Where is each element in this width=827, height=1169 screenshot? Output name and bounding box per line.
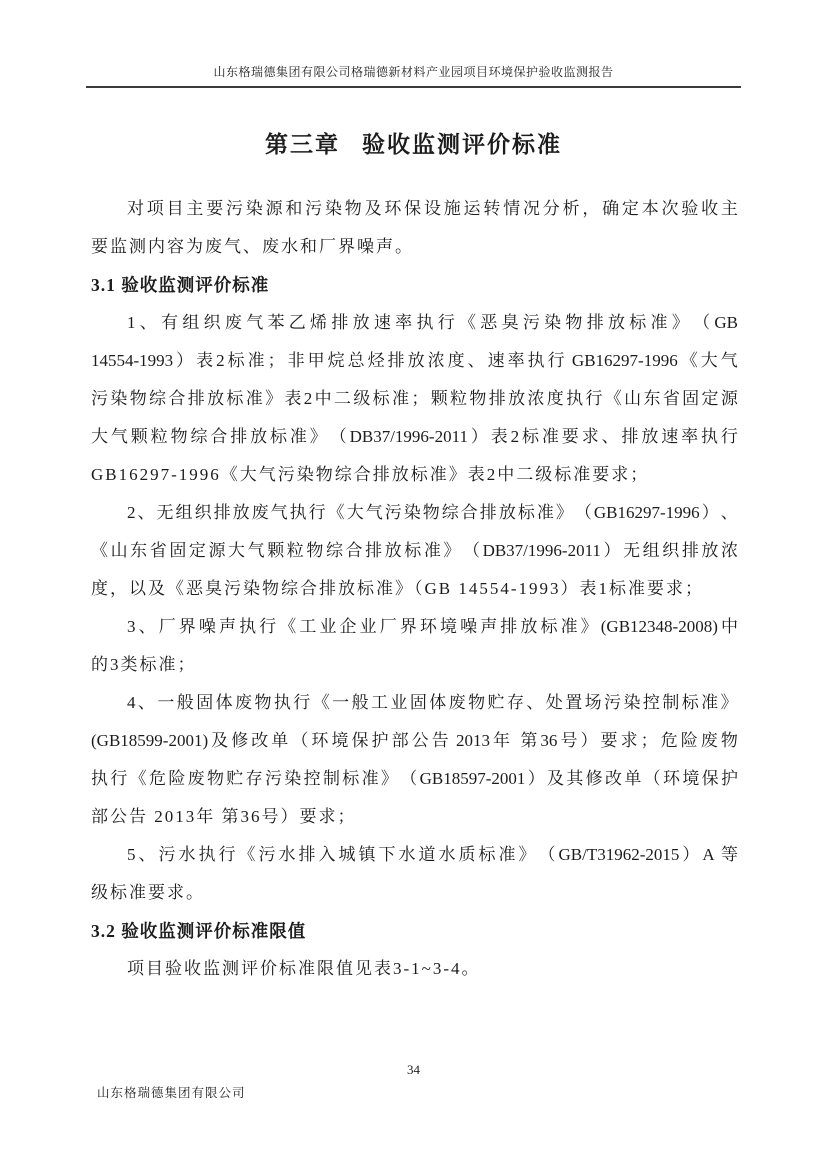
chapter-title-text: 验收监测评价标准 [362,132,562,157]
document-body: 对项目主要污染源和污染物及环保设施运转情况分析，确定本次验收主要监测内容为废气、… [91,190,738,988]
text-line: 部公告 2013年 第36号）要求； [91,798,738,836]
paragraph: 对项目主要污染源和污染物及环保设施运转情况分析，确定本次验收主要监测内容为废气、… [91,190,738,266]
text-line: 14554-1993）表2标准；非甲烷总烃排放浓度、速率执行 GB16297-1… [91,342,738,380]
paragraph: 5、污水执行《污水排入城镇下水道水质标准》（GB/T31962-2015）A 等… [91,836,738,912]
text-line: 1、有组织废气苯乙烯排放速率执行《恶臭污染物排放标准》（GB [91,304,738,342]
paragraph: 1、有组织废气苯乙烯排放速率执行《恶臭污染物排放标准》（GB14554-1993… [91,304,738,494]
text-line: 级标准要求。 [91,874,738,912]
chapter-number: 第三章 [265,132,340,157]
text-line: 项目验收监测评价标准限值见表3-1~3-4。 [91,950,738,988]
footer-company: 山东格瑞德集团有限公司 [97,1083,246,1101]
text-line: 2、无组织排放废气执行《大气污染物综合排放标准》（GB16297-1996）、 [91,494,738,532]
text-line: GB16297-1996《大气污染物综合排放标准》表2中二级标准要求； [91,456,738,494]
text-line: (GB18599-2001)及修改单（环境保护部公告 2013年 第36号）要求… [91,722,738,760]
header-title: 山东格瑞德集团有限公司格瑞德新材料产业园项目环境保护验收监测报告 [86,62,741,86]
text-line: 要监测内容为废气、废水和厂界噪声。 [91,228,738,266]
chapter-title: 第三章验收监测评价标准 [92,126,735,164]
text-line: 的3类标准； [91,646,738,684]
text-line: 度，以及《恶臭污染物综合排放标准》（GB 14554-1993）表1标准要求； [91,570,738,608]
text-line: 大气颗粒物综合排放标准》（DB37/1996-2011）表2标准要求、排放速率执… [91,418,738,456]
text-line: 《山东省固定源大气颗粒物综合排放标准》（DB37/1996-2011）无组织排放… [91,532,738,570]
section-heading: 3.1 验收监测评价标准 [91,266,738,304]
paragraph: 2、无组织排放废气执行《大气污染物综合排放标准》（GB16297-1996）、《… [91,494,738,608]
document-page: 山东格瑞德集团有限公司格瑞德新材料产业园项目环境保护验收监测报告 第三章验收监测… [0,0,827,1169]
paragraph: 项目验收监测评价标准限值见表3-1~3-4。 [91,950,738,988]
text-line: 4、一般固体废物执行《一般工业固体废物贮存、处置场污染控制标准》 [91,684,738,722]
text-line: 5、污水执行《污水排入城镇下水道水质标准》（GB/T31962-2015）A 等 [91,836,738,874]
page-number: 34 [0,1062,827,1078]
text-line: 执行《危险废物贮存污染控制标准》（GB18597-2001）及其修改单（环境保护 [91,760,738,798]
text-line: 3、厂界噪声执行《工业企业厂界环境噪声排放标准》(GB12348-2008)中 [91,608,738,646]
text-line: 对项目主要污染源和污染物及环保设施运转情况分析，确定本次验收主 [91,190,738,228]
text-line: 污染物综合排放标准》表2中二级标准；颗粒物排放浓度执行《山东省固定源 [91,380,738,418]
page-header: 山东格瑞德集团有限公司格瑞德新材料产业园项目环境保护验收监测报告 [86,0,741,88]
section-heading: 3.2 验收监测评价标准限值 [91,912,738,950]
paragraph: 4、一般固体废物执行《一般工业固体废物贮存、处置场污染控制标准》(GB18599… [91,684,738,836]
paragraph: 3、厂界噪声执行《工业企业厂界环境噪声排放标准》(GB12348-2008)中的… [91,608,738,684]
